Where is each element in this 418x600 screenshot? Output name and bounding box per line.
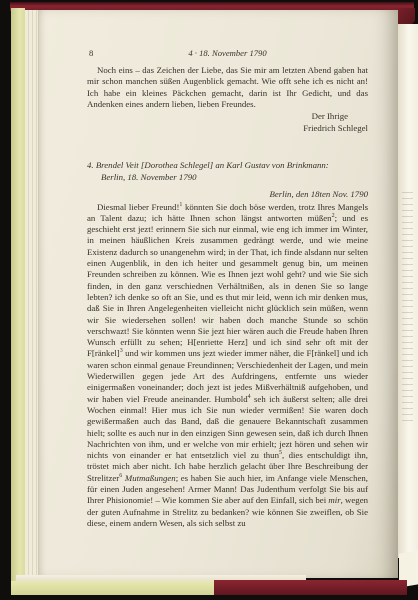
valediction: Der Ihrige xyxy=(87,111,368,123)
running-head-title: 4 · 18. November 1790 xyxy=(87,48,368,59)
letter-dateline: Berlin, den 18ten Nov. 1790 xyxy=(87,189,368,200)
scanned-page: 8 4 · 18. November 1790 Noch eins – das … xyxy=(38,10,398,578)
facing-page-blurred-text xyxy=(402,192,413,424)
letter-heading-line1: Brendel Veit [Dorothea Schlegel] an Karl… xyxy=(96,160,329,170)
facing-page-edge xyxy=(398,24,418,558)
letter-body: Diesmal lieber Freund!1 könnten Sie doch… xyxy=(87,202,368,530)
book-scan: 8 4 · 18. November 1790 Noch eins – das … xyxy=(0,0,418,600)
signature-name: Friedrich Schlegel xyxy=(87,123,368,135)
endpaper-bottom-edge xyxy=(11,581,214,595)
page-stack-left-edge xyxy=(25,10,38,592)
letter-heading: 4. Brendel Veit [Dorothea Schlegel] an K… xyxy=(87,160,368,183)
endpaper-left-edge xyxy=(11,8,25,594)
running-head: 8 4 · 18. November 1790 xyxy=(87,48,368,60)
signature-block: Der Ihrige Friedrich Schlegel xyxy=(87,111,368,134)
letter-number: 4. xyxy=(87,160,94,170)
book-cover-bottom-edge xyxy=(214,580,407,595)
page-number: 8 xyxy=(89,48,93,59)
letter-heading-line2: Berlin, 18. November 1790 xyxy=(101,172,197,182)
previous-letter-paragraph: Noch eins – das Zeichen der Liebe, das S… xyxy=(87,65,368,110)
